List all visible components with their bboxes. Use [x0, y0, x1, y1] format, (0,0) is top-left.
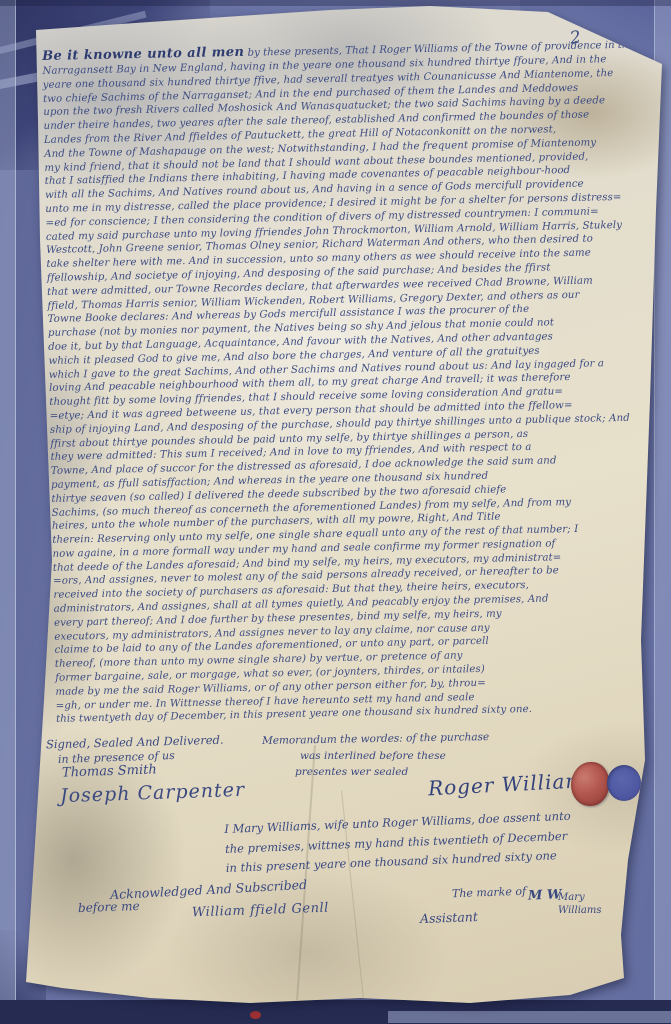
manuscript-body: Be it knowne unto all men by these prese… — [42, 37, 656, 727]
wax-seal — [571, 762, 609, 806]
memorandum-line: Memorandum the wordes: of the purchase — [262, 731, 489, 747]
manuscript-lines: Narragansett Bay in New England, having … — [42, 52, 656, 727]
official-title: Assistant — [420, 909, 478, 926]
before-me-line: before me — [78, 899, 140, 915]
parchment: 2 Be it knowne unto all men by these pre… — [0, 0, 671, 1024]
signed-sealed-line: Signed, Sealed And Delivered. — [46, 733, 224, 752]
mary-mark-surname: Williams — [558, 905, 601, 916]
witness-signature-joseph-carpenter: Joseph Carpenter — [60, 779, 246, 807]
acknowledged-line: Acknowledged And Subscribed — [110, 877, 308, 902]
manuscript-photo: 2 Be it knowne unto all men by these pre… — [0, 0, 671, 1024]
memorandum-line: presentes wer sealed — [295, 766, 408, 778]
parchment-wrap: 2 Be it knowne unto all men by these pre… — [0, 0, 671, 1024]
official-signature-william-ffield: William ffield Genll — [192, 901, 329, 921]
witness-signature-thomas-smith: Thomas Smith — [62, 762, 157, 780]
mary-mark-initials: M W — [528, 887, 562, 903]
mary-mark-name: Mary — [558, 892, 585, 903]
marke-label: The marke of — [452, 885, 526, 901]
seal-hole — [607, 765, 641, 801]
memorandum-line: was interlined before these — [300, 750, 446, 762]
mary-williams-assent: I Mary Williams, wife unto Roger William… — [224, 807, 572, 879]
